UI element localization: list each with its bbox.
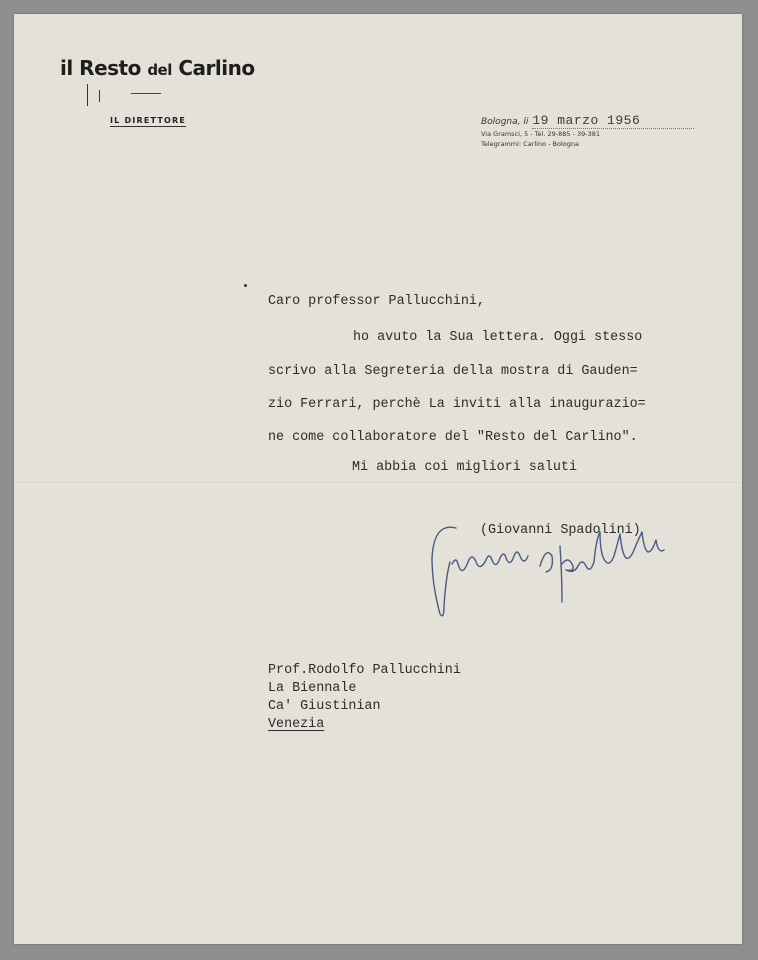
letter-sheet — [14, 14, 742, 944]
masthead-il-resto: il Resto — [60, 56, 141, 80]
paper-fold — [14, 482, 742, 485]
recipient-name: Prof.Rodolfo Pallucchini — [268, 661, 461, 681]
telegram-address: Telegrammi: Carlino - Bologna — [481, 140, 579, 148]
handwritten-signature — [428, 520, 708, 620]
closing: Mi abbia coi migliori saluti — [352, 460, 577, 475]
body-line: zio Ferrari, perchè La inviti alla inaug… — [268, 397, 646, 412]
ink-mark — [87, 84, 88, 106]
street-address: Via Gramsci, 5 - Tel. 29-885 - 39-381 — [481, 130, 600, 138]
ink-speck — [244, 284, 247, 287]
place-date-line: Bologna, li19 marzo 1956 — [481, 113, 694, 129]
recipient-building: Ca' Giustinian — [268, 697, 381, 717]
body-line: ho avuto la Sua lettera. Oggi stesso — [353, 330, 642, 345]
ink-mark — [99, 90, 100, 102]
body-line: ne come collaboratore del "Resto del Car… — [268, 430, 638, 445]
newspaper-masthead: il Resto del Carlino — [60, 56, 255, 80]
masthead-del: del — [147, 61, 172, 79]
recipient-city: Venezia — [268, 715, 324, 735]
recipient-organization: La Biennale — [268, 679, 356, 699]
masthead-rule — [131, 93, 161, 94]
office-title: IL DIRETTORE — [110, 116, 186, 127]
body-line: scrivo alla Segreteria della mostra di G… — [268, 364, 638, 379]
place-label: Bologna, li — [481, 117, 528, 127]
masthead-carlino: Carlino — [178, 56, 254, 80]
letter-date: 19 marzo 1956 — [532, 113, 694, 129]
salutation: Caro professor Pallucchini, — [268, 294, 485, 309]
